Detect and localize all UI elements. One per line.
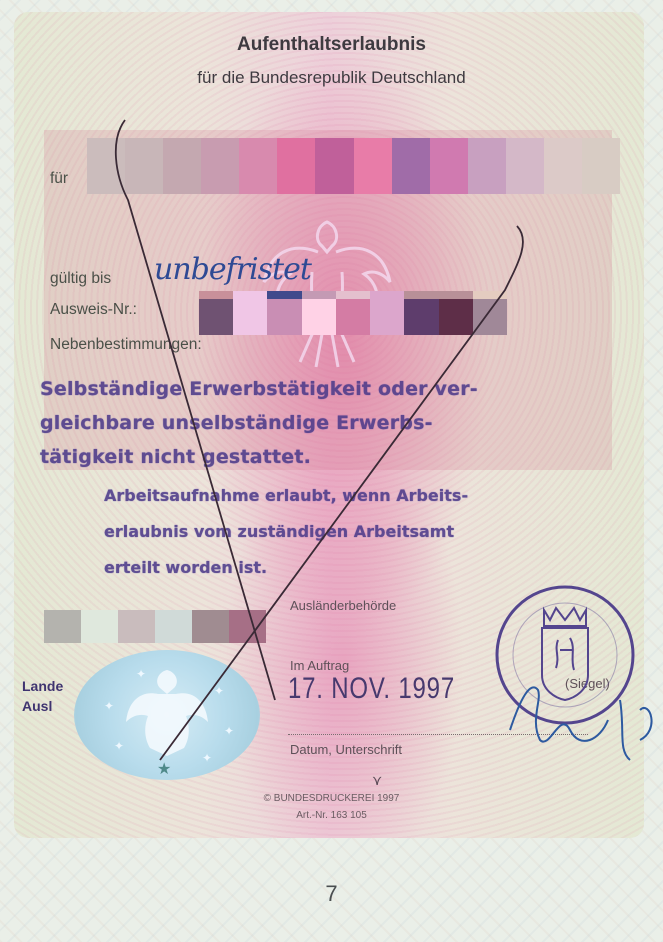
signature-scribble xyxy=(490,640,663,780)
redaction-block xyxy=(473,291,507,299)
work-permit-line: erlaubnis vom zuständigen Arbeitsamt xyxy=(104,514,468,550)
redaction-block xyxy=(201,138,239,194)
redaction-block xyxy=(81,610,118,643)
work-permit-stamp: Arbeitsaufnahme erlaubt, wenn Arbeits- e… xyxy=(104,478,468,586)
id-number-redaction-top xyxy=(199,291,507,299)
redaction-block xyxy=(302,299,336,335)
redaction-block xyxy=(163,138,201,194)
page-number: 7 xyxy=(0,881,663,907)
redaction-block xyxy=(44,610,81,643)
redaction-block xyxy=(229,610,266,643)
document-subtitle: für die Bundesrepublik Deutschland xyxy=(0,68,663,88)
redaction-block xyxy=(267,291,301,299)
abbrev-line: Ausl xyxy=(22,696,63,716)
on-behalf-label: Im Auftrag xyxy=(290,658,349,673)
date-signature-label: Datum, Unterschrift xyxy=(290,742,402,757)
redaction-block xyxy=(370,299,404,335)
redaction-block xyxy=(315,138,353,194)
redaction-block xyxy=(439,299,473,335)
document-title: Aufenthaltserlaubnis xyxy=(0,34,663,56)
svg-text:✦: ✦ xyxy=(114,739,124,753)
redaction-block xyxy=(192,610,229,643)
redaction-block xyxy=(506,138,544,194)
authority-label: Ausländerbehörde xyxy=(290,598,396,613)
svg-text:✦: ✦ xyxy=(202,751,212,765)
svg-text:★: ★ xyxy=(157,761,171,778)
redaction-block xyxy=(239,138,277,194)
redaction-block xyxy=(199,299,233,335)
abbrev-line: Lande xyxy=(22,676,63,696)
redaction-block xyxy=(277,138,315,194)
condition-line: gleichbare unselbständige Erwerbs- xyxy=(40,406,478,440)
for-label: für xyxy=(50,170,68,188)
authority-redaction xyxy=(44,610,266,643)
redaction-block xyxy=(392,138,430,194)
printer-imprint: © BUNDESDRUCKEREI 1997 xyxy=(0,793,663,804)
work-permit-line: erteilt worden ist. xyxy=(104,550,468,586)
redaction-block xyxy=(233,299,267,335)
redaction-block xyxy=(439,291,473,299)
redaction-block xyxy=(267,299,301,335)
id-number-redaction xyxy=(199,299,507,335)
conditions-label: Nebenbestimmungen: xyxy=(50,336,202,354)
redaction-block xyxy=(118,610,155,643)
redaction-block xyxy=(199,291,233,299)
redaction-block xyxy=(87,138,125,194)
redaction-block xyxy=(370,291,404,299)
work-permit-line: Arbeitsaufnahme erlaubt, wenn Arbeits- xyxy=(104,478,468,514)
redaction-block xyxy=(336,299,370,335)
valid-until-label: gültig bis xyxy=(50,270,111,288)
redaction-block xyxy=(155,610,192,643)
redaction-block xyxy=(354,138,392,194)
redaction-block xyxy=(302,291,336,299)
hologram-eagle-icon: ✦✦ ✦✦ ✦✦ ★ xyxy=(74,650,260,780)
redaction-block xyxy=(125,138,163,194)
id-number-label: Ausweis-Nr.: xyxy=(50,301,137,319)
redaction-block xyxy=(430,138,468,194)
redaction-block xyxy=(336,291,370,299)
redaction-block xyxy=(233,291,267,299)
redaction-block xyxy=(404,299,438,335)
article-number: Art.-Nr. 163 105 xyxy=(0,810,663,821)
redaction-block xyxy=(582,138,620,194)
svg-text:✦: ✦ xyxy=(136,667,146,681)
svg-text:✦: ✦ xyxy=(104,699,114,713)
date-stamp: 17. NOV. 1997 xyxy=(288,672,455,706)
name-redaction xyxy=(87,138,620,194)
printer-mark-icon: ⋎ xyxy=(372,772,382,789)
condition-line: tätigkeit nicht gestattet. xyxy=(40,440,478,474)
redaction-block xyxy=(404,291,438,299)
redaction-block xyxy=(473,299,507,335)
authority-abbrev-stamp: Lande Ausl xyxy=(22,676,63,716)
valid-until-value: unbefristet xyxy=(154,252,311,287)
condition-line: Selbständige Erwerbstätigkeit oder ver- xyxy=(40,372,478,406)
svg-text:✦: ✦ xyxy=(224,724,234,738)
condition-stamp: Selbständige Erwerbstätigkeit oder ver- … xyxy=(40,372,478,474)
redaction-block xyxy=(544,138,582,194)
svg-text:✦: ✦ xyxy=(214,684,224,698)
redaction-block xyxy=(468,138,506,194)
